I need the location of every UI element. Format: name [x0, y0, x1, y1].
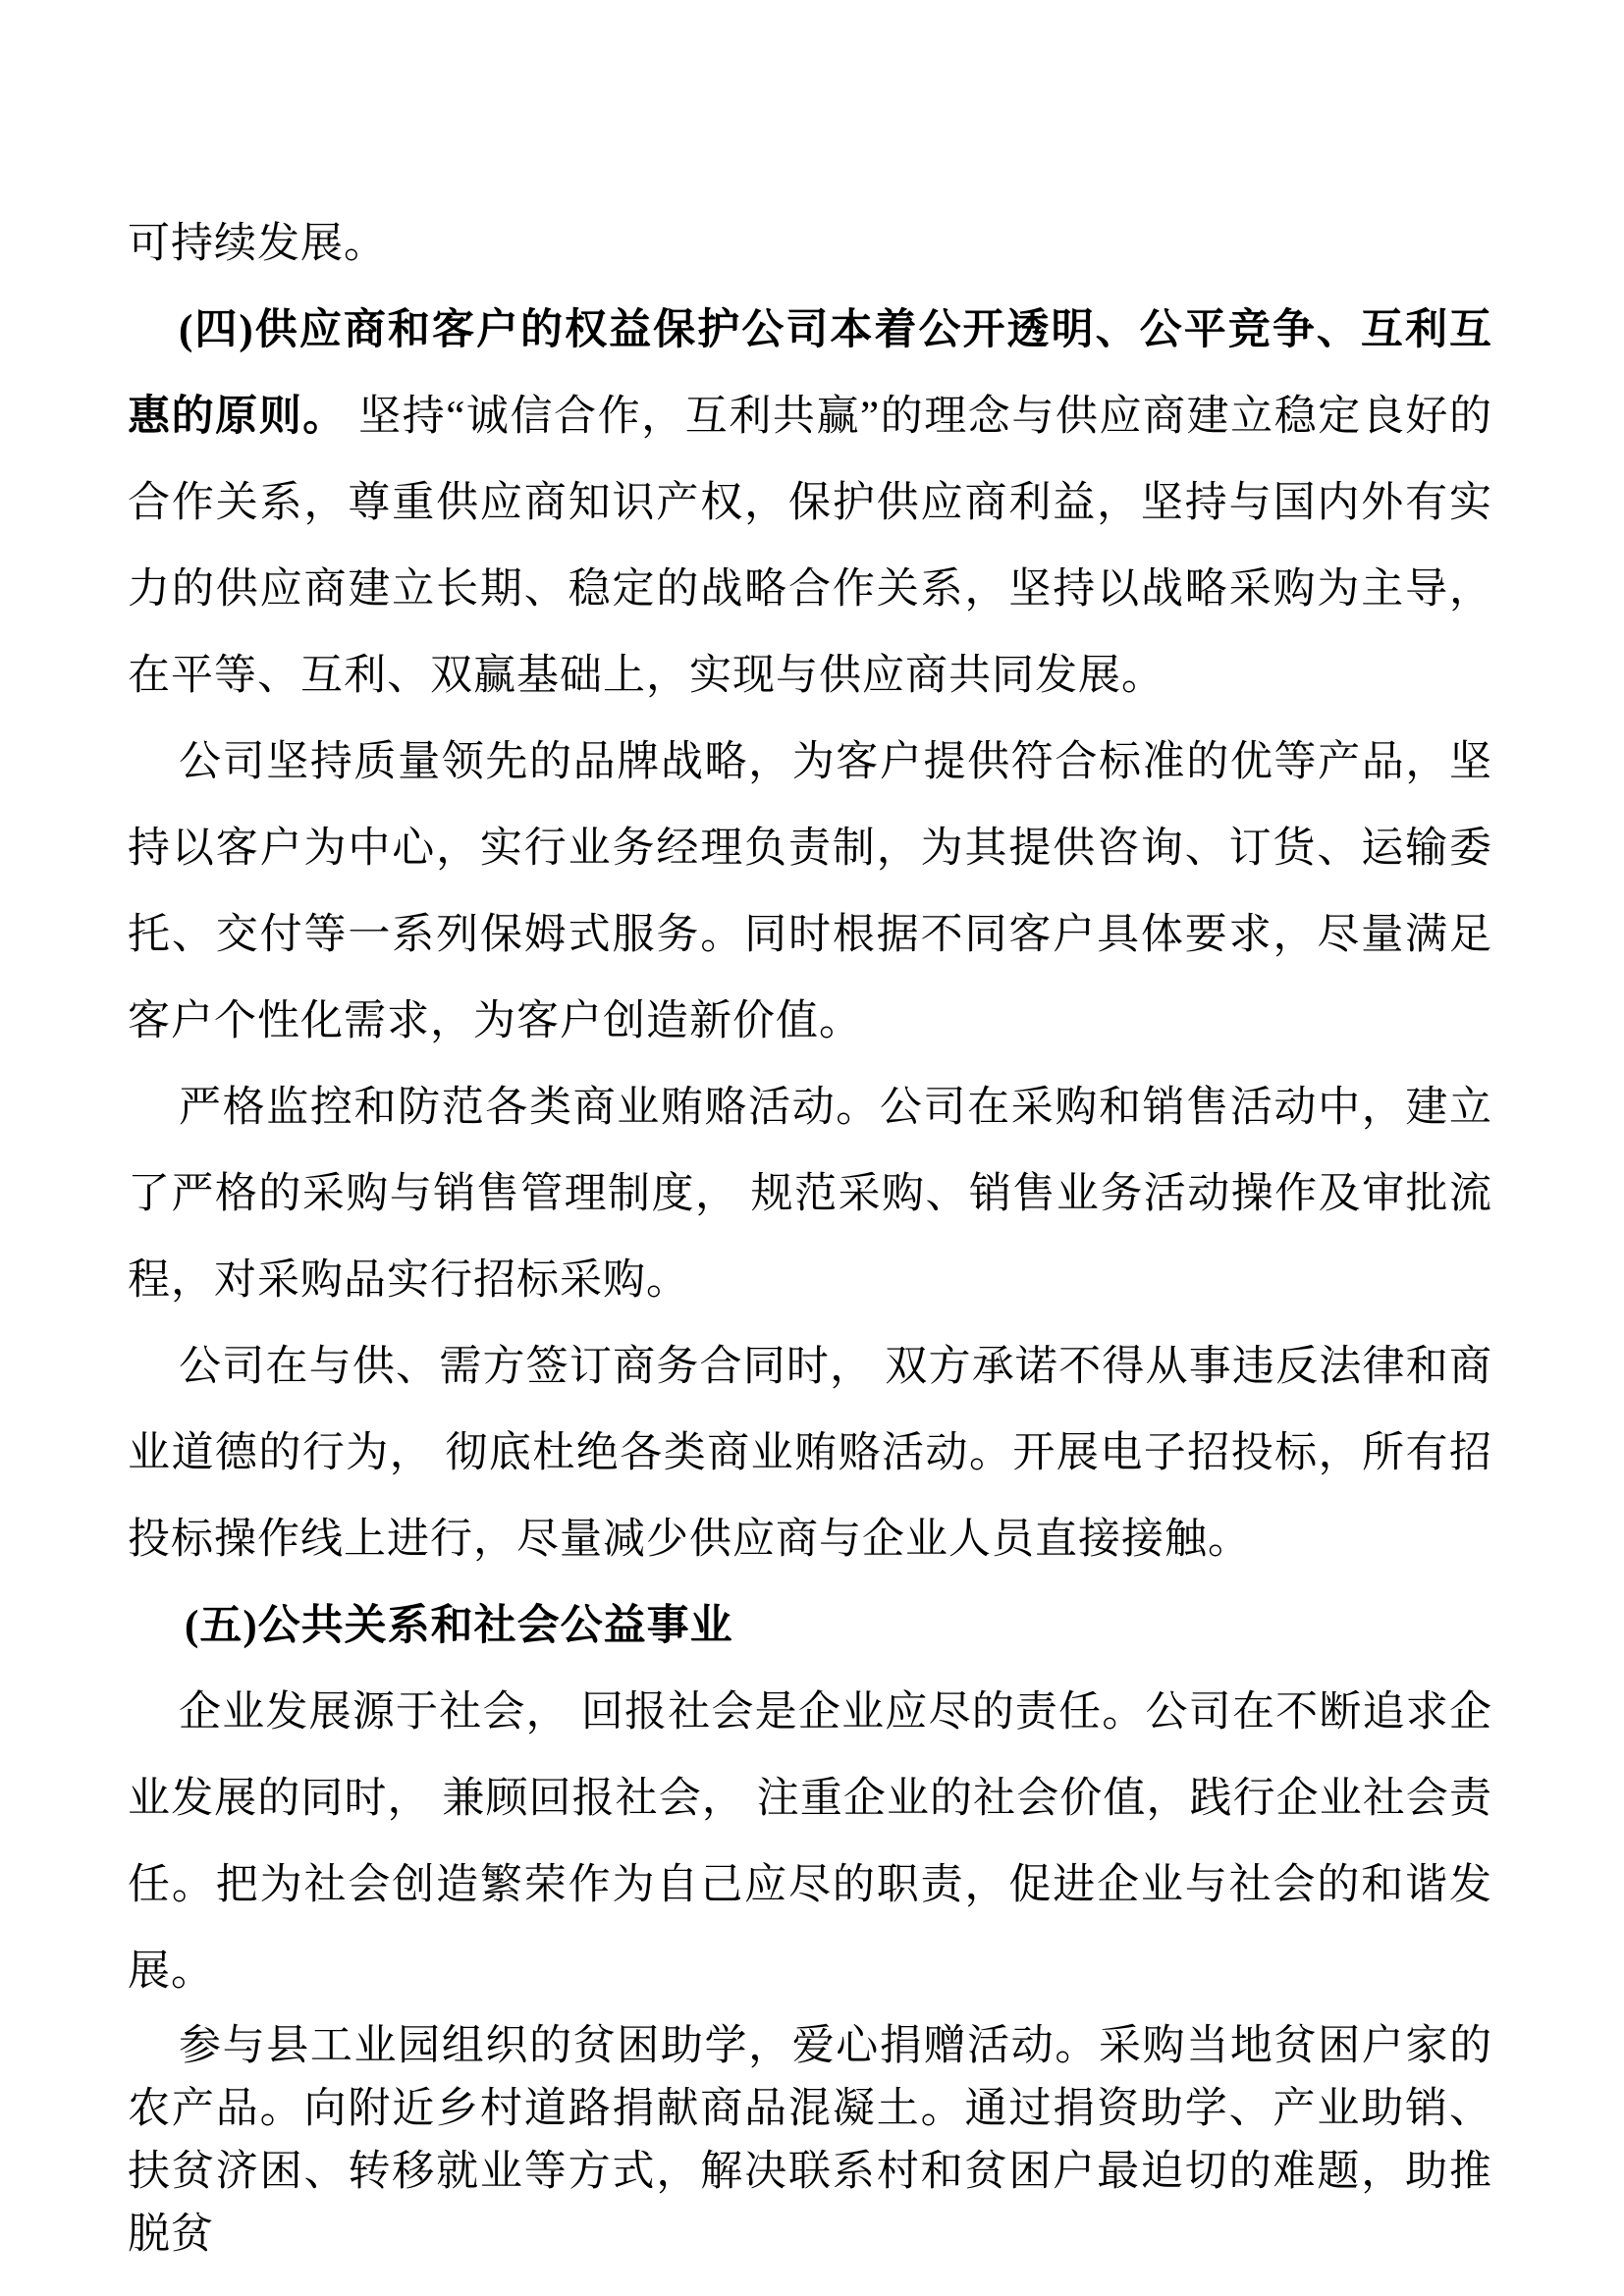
section4-paragraph-3: 严格监控和防范各类商业贿赂活动。公司在采购和销售活动中，建立了严格的采购与销售管…	[128, 1065, 1492, 1324]
section4-paragraph-lead: (四)供应商和客户的权益保护公司本着公开透明、公平竞争、互利互惠的原则。 坚持“…	[128, 288, 1492, 720]
paragraph-continuation: 可持续发展。	[128, 201, 1492, 288]
section5-heading: (五)公共关系和社会公益事业	[128, 1583, 1492, 1670]
section5-paragraph-2: 参与县工业园组织的贫困助学，爱心捐赠活动。采购当地贫困户家的农产品。向附近乡村道…	[128, 2015, 1492, 2267]
section4-paragraph-4: 公司在与供、需方签订商务合同时， 双方承诺不得从事违反法律和商业道德的行为， 彻…	[128, 1324, 1492, 1583]
document-page: 可持续发展。 (四)供应商和客户的权益保护公司本着公开透明、公平竞争、互利互惠的…	[0, 0, 1624, 2296]
section5-paragraph-1: 企业发展源于社会， 回报社会是企业应尽的责任。公司在不断追求企业发展的同时， 兼…	[128, 1670, 1492, 2015]
section4-paragraph-2: 公司坚持质量领先的品牌战略，为客户提供符合标准的优等产品，坚持以客户为中心，实行…	[128, 720, 1492, 1065]
